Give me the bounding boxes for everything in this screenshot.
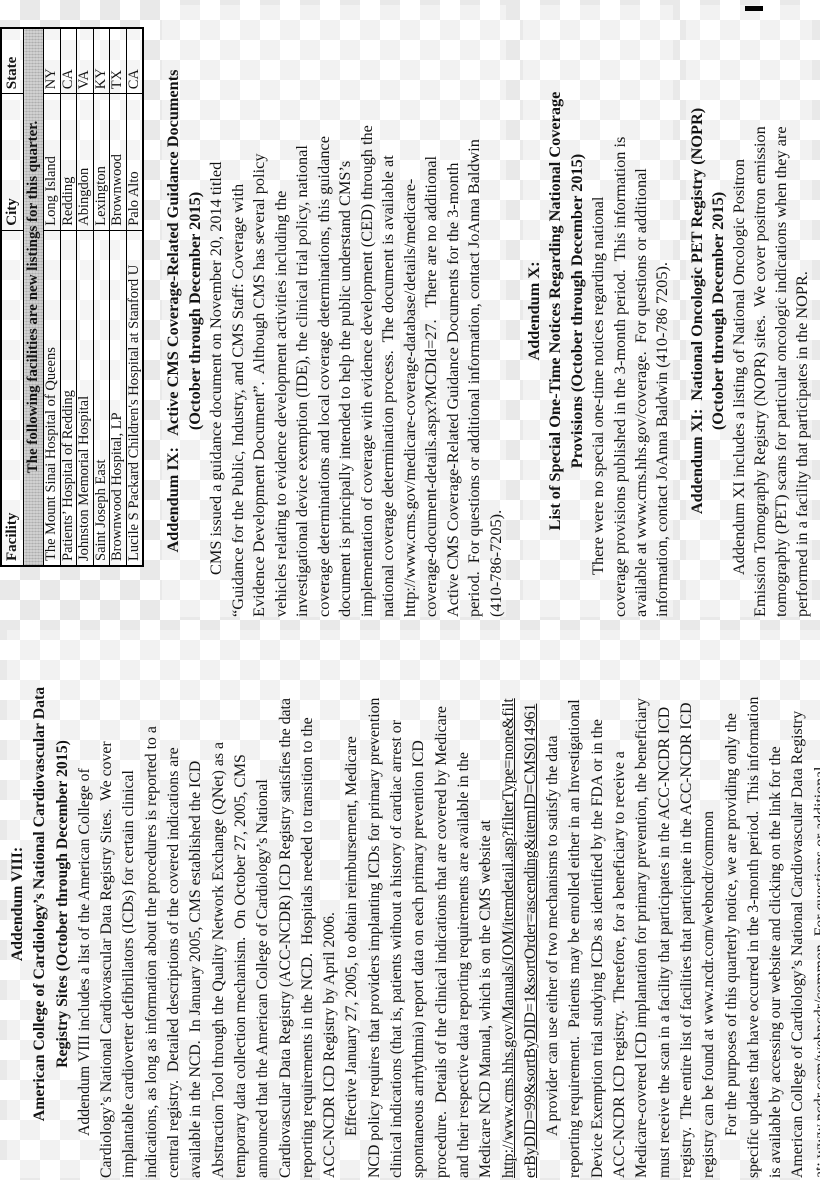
facility-cell: Saint Joseph East <box>93 230 110 566</box>
body-line: Device Exemption trial studying ICDs as … <box>587 630 609 1178</box>
state-cell: KY <box>93 28 110 94</box>
body-line: coverage provisions published in the 3-m… <box>609 5 630 617</box>
body-line: Abstraction Tool through the Quality Net… <box>208 630 230 1178</box>
body-line: Evidence Development Document”. Although… <box>248 5 270 617</box>
body-line: period. For questions or additional info… <box>463 5 485 617</box>
body-line: American College of Cardiology’s Nationa… <box>787 630 809 1178</box>
scanned-document-page: Addendum VIII:American College of Cardio… <box>0 0 820 1180</box>
addendum-ix-body: CMS issued a guidance document on Novemb… <box>205 5 506 617</box>
table-row: The Mount Sinai Hospital of QueensLong I… <box>44 28 61 566</box>
table-header-row: FacilityCityState <box>1 28 24 566</box>
state-cell: TX <box>110 28 127 94</box>
heading-line: Registry Sites (October through December… <box>52 630 74 1178</box>
body-line: vehicles relating to evidence developmen… <box>270 5 292 617</box>
facility-cell: Patients’ Hospital of Redding <box>60 230 77 566</box>
state-cell: CA <box>126 28 143 94</box>
table-row: Brownwood Hospital, LPBrownwoodTX <box>110 28 127 566</box>
facility-cell: Brownwood Hospital, LP <box>110 230 127 566</box>
body-line: at: www.ncdr.com/webncdr/common. For que… <box>810 630 820 1178</box>
table-row: Johnston Memorial HospitalAbingdonVA <box>77 28 94 566</box>
heading-line: (October through December 2015) <box>184 5 206 617</box>
body-line: “Guidance for the Public, Industry, and … <box>227 5 249 617</box>
table-row: Saint Joseph EastLexingtonKY <box>93 28 110 566</box>
addendum-xi-heading: Addendum XI: National Oncologic PET Regi… <box>686 5 728 617</box>
heading-line: Addendum IX: Active CMS Coverage-Related… <box>162 5 184 617</box>
facilities-table: FacilityCityState The following faciliti… <box>0 27 144 567</box>
body-line: ACC-NCDR ICD registry. Therefore, for a … <box>609 630 631 1178</box>
body-line: national coverage determination process.… <box>377 5 399 617</box>
facilities-table-header: FacilityCityState <box>1 28 24 566</box>
city-cell: Brownwood <box>110 94 127 231</box>
addendum-xi-body: Addendum XI includes a listing of Nation… <box>728 5 812 617</box>
facility-cell: Lucile S Packard Children's Hospital at … <box>126 230 143 566</box>
column-header-city: City <box>1 94 24 231</box>
body-line: temporary data collection mechanism. On … <box>230 630 252 1178</box>
body-line: announced that the American College of C… <box>252 630 274 1178</box>
city-cell: Palo Alto <box>126 94 143 231</box>
body-line: Cardiovascular Data Registry (ACC-NCDR) … <box>275 630 297 1178</box>
body-line: procedure. Details of the clinical indic… <box>431 630 453 1178</box>
body-line: performed in a facility that participate… <box>791 5 812 617</box>
body-line: investigational device exemption (IDE), … <box>291 5 313 617</box>
heading-line: Addendum VIII: <box>7 630 29 1178</box>
body-line: information, contact JoAnna Baldwin (410… <box>651 5 672 617</box>
addendum-x-heading: Addendum X:List of Special One-Time Noti… <box>523 5 587 617</box>
body-line: CMS issued a guidance document on Novemb… <box>205 5 227 617</box>
table-banner-row: The following facilities are new listing… <box>24 28 44 566</box>
body-line: available in the NCD. In January 2005, C… <box>185 630 207 1178</box>
addendum-ix-section: Addendum IX: Active CMS Coverage-Related… <box>162 5 506 617</box>
body-line: There were no special one-time notices r… <box>587 5 608 617</box>
body-line: Effective January 27, 2005, to obtain re… <box>341 630 363 1178</box>
body-line: erByDID=99&sortByDID=1&sortOrder=ascendi… <box>520 630 542 1178</box>
column-header-state: State <box>1 28 24 94</box>
body-line: Addendum VIII includes a list of the Ame… <box>74 630 96 1178</box>
body-line: reporting requirements in the NCD. Hospi… <box>297 630 319 1178</box>
body-line: coverage determinations and local covera… <box>313 5 335 617</box>
new-listings-banner: The following facilities are new listing… <box>24 28 44 566</box>
body-line: central registry. Detailed descriptions … <box>163 630 185 1178</box>
heading-line: Addendum XI: National Oncologic PET Regi… <box>686 5 707 617</box>
addendum-viii-heading: Addendum VIII:American College of Cardio… <box>7 630 74 1178</box>
body-line: Medicare NCD Manual, which is on the CMS… <box>475 630 497 1178</box>
addendum-x-section: Addendum X:List of Special One-Time Noti… <box>523 5 673 617</box>
body-line: http://www.cms.gov/medicare-coverage-dat… <box>399 5 421 617</box>
body-line: Addendum XI includes a listing of Nation… <box>728 5 749 617</box>
body-line: implementation of coverage with evidence… <box>356 5 378 617</box>
scan-artifact-mark <box>745 6 763 11</box>
heading-line: Provisions (October through December 201… <box>566 5 587 617</box>
table-row: Lucile S Packard Children's Hospital at … <box>126 28 143 566</box>
heading-line: American College of Cardiology’s Nationa… <box>29 630 51 1178</box>
body-line: document is principally intended to help… <box>334 5 356 617</box>
body-line: implantable cardioverter defibrillators … <box>118 630 140 1178</box>
body-line: NCD policy requires that providers impla… <box>364 630 386 1178</box>
body-line: registry can be found at www.ncdr.com/we… <box>698 630 720 1178</box>
body-line: Active CMS Coverage-Related Guidance Doc… <box>442 5 464 617</box>
body-line: For the purposes of this quarterly notic… <box>721 630 743 1178</box>
body-line: ACC-NCDR ICD Registry by April 2006. <box>319 630 341 1178</box>
addendum-x-body: There were no special one-time notices r… <box>587 5 673 617</box>
city-cell: Abingdon <box>77 94 94 231</box>
body-line: Emission Tomography Registry (NOPR) site… <box>749 5 770 617</box>
state-cell: VA <box>77 28 94 94</box>
facility-cell: Johnston Memorial Hospital <box>77 230 94 566</box>
addendum-xi-section: Addendum XI: National Oncologic PET Regi… <box>686 5 812 617</box>
facility-cell: The Mount Sinai Hospital of Queens <box>44 230 61 566</box>
body-line: coverage-document-details.aspx?MCDId=27.… <box>420 5 442 617</box>
body-line: clinical indications (that is, patients … <box>386 630 408 1178</box>
rotated-page-content: Addendum VIII:American College of Cardio… <box>0 0 820 1180</box>
body-line: Cardiology’s National Cardiovascular Dat… <box>96 630 118 1178</box>
body-line: must receive the scan in a facility that… <box>654 630 676 1178</box>
right-page-column: FacilityCityState The following faciliti… <box>0 5 812 617</box>
body-line: Medicare-covered ICD implantation for pr… <box>631 630 653 1178</box>
city-cell: Long Island <box>44 94 61 231</box>
state-cell: NY <box>44 28 61 94</box>
body-line: available at www.cms.hhs.gov/coverage. F… <box>630 5 651 617</box>
column-header-facility: Facility <box>1 230 24 566</box>
addendum-viii-column: Addendum VIII:American College of Cardio… <box>7 630 820 1178</box>
addendum-viii-body: Addendum VIII includes a list of the Ame… <box>74 630 820 1178</box>
body-line: indications, as long as information abou… <box>141 630 163 1178</box>
body-line: http://www.cms.hhs.gov/Manuals/IOM/itemd… <box>498 630 520 1178</box>
body-line: tomography (PET) scans for particular on… <box>770 5 791 617</box>
body-line: A provider can use either of two mechani… <box>542 630 564 1178</box>
heading-line: Addendum X: <box>523 5 544 617</box>
city-cell: Lexington <box>93 94 110 231</box>
body-line: and their respective data reporting requ… <box>453 630 475 1178</box>
state-cell: CA <box>60 28 77 94</box>
body-line: reporting requirement. Patients may be e… <box>564 630 586 1178</box>
body-line: registry. The entire list of facilities … <box>676 630 698 1178</box>
heading-line: (October through December 2015) <box>707 5 728 617</box>
body-line: specific updates that have occurred in t… <box>743 630 765 1178</box>
city-cell: Redding <box>60 94 77 231</box>
heading-line: List of Special One-Time Notices Regardi… <box>544 5 565 617</box>
body-line: is available by accessing our website an… <box>765 630 787 1178</box>
table-row: Patients’ Hospital of ReddingReddingCA <box>60 28 77 566</box>
addendum-ix-heading: Addendum IX: Active CMS Coverage-Related… <box>162 5 205 617</box>
body-line: spontaneous arrhythmia) report data on e… <box>408 630 430 1178</box>
body-line: (410-786-7205). <box>485 5 507 617</box>
